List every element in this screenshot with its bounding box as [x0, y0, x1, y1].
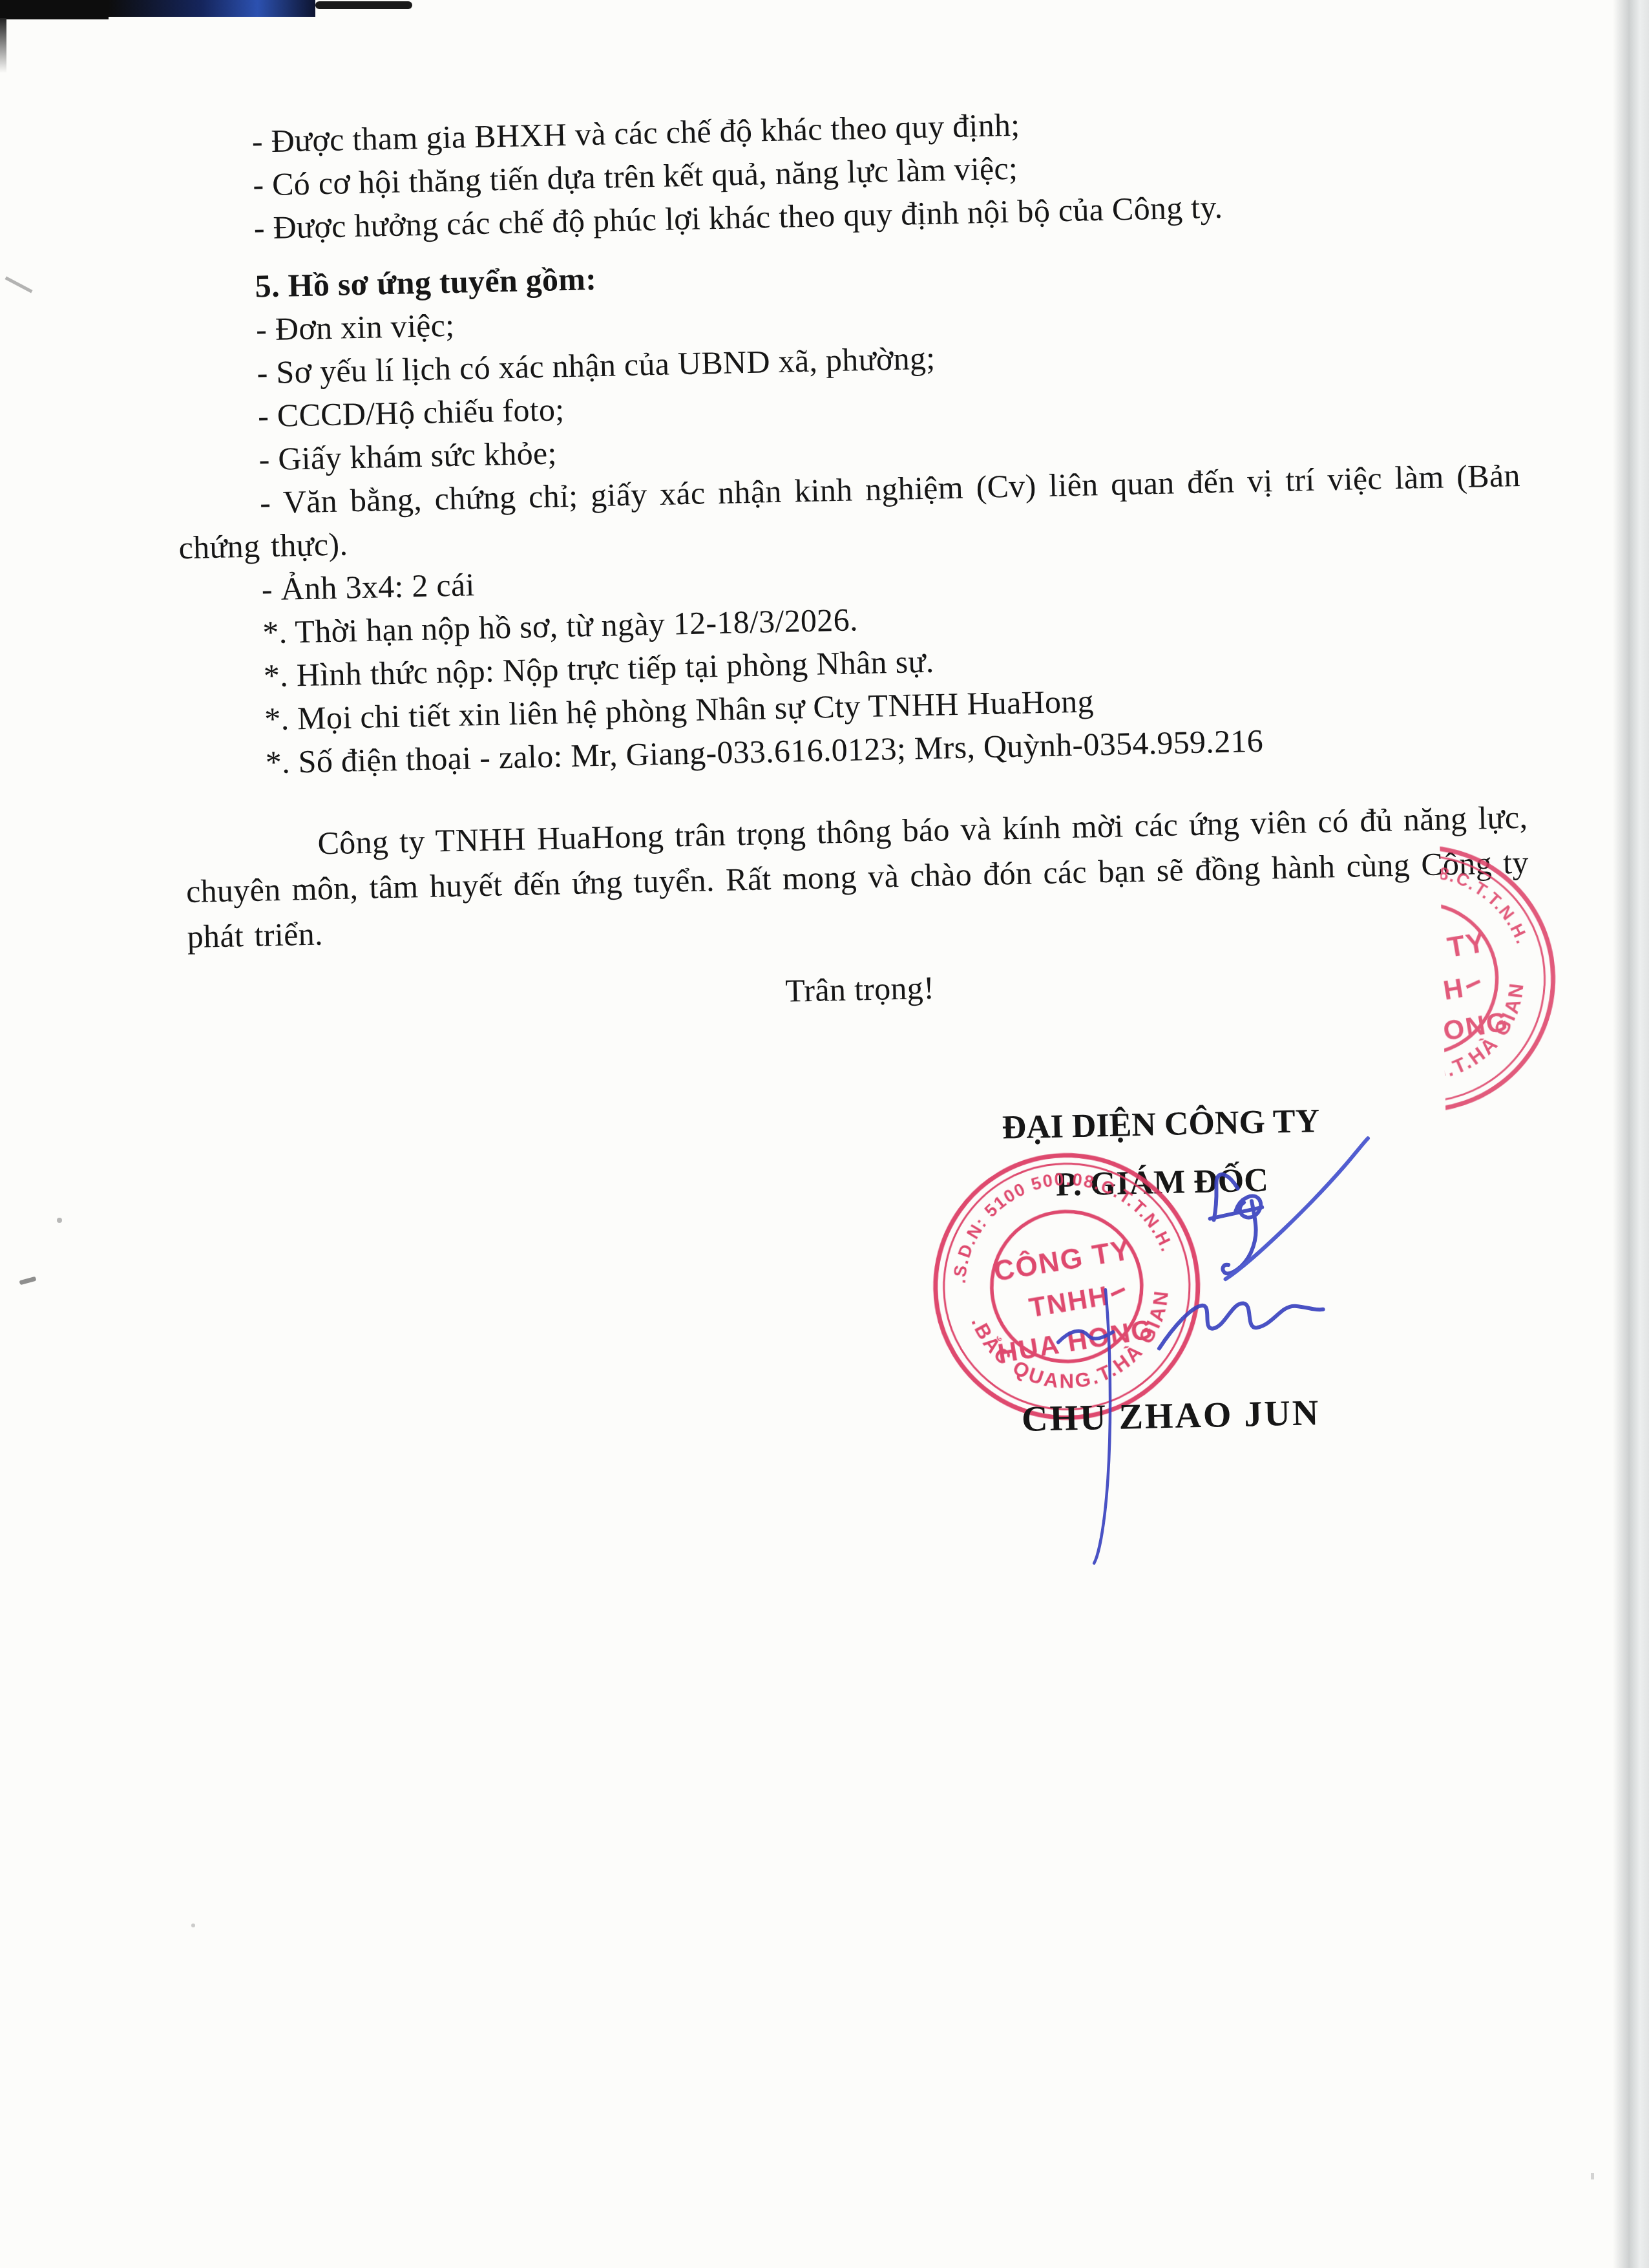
scan-corner-shadow [0, 18, 6, 73]
scan-content: - Được tham gia BHXH và các chế độ khác … [0, 0, 1649, 2267]
document-body: - Được tham gia BHXH và các chế độ khác … [169, 92, 1531, 1026]
scan-speck [57, 1218, 62, 1223]
regards-line: Trân trọng! [188, 952, 1531, 1026]
scan-speck [191, 1924, 195, 1927]
scanned-document-page: - Được tham gia BHXH và các chế độ khác … [0, 0, 1649, 2268]
scan-edge-band-blue [109, 0, 315, 17]
signature [1033, 1121, 1391, 1581]
scan-right-edge-shadow [1613, 0, 1649, 2268]
scan-speck [1591, 2173, 1594, 2179]
scan-edge-line [315, 1, 412, 9]
scan-edge-band [0, 0, 109, 19]
closing-paragraph: Công ty TNHH HuaHong trân trọng thông bá… [185, 794, 1530, 959]
